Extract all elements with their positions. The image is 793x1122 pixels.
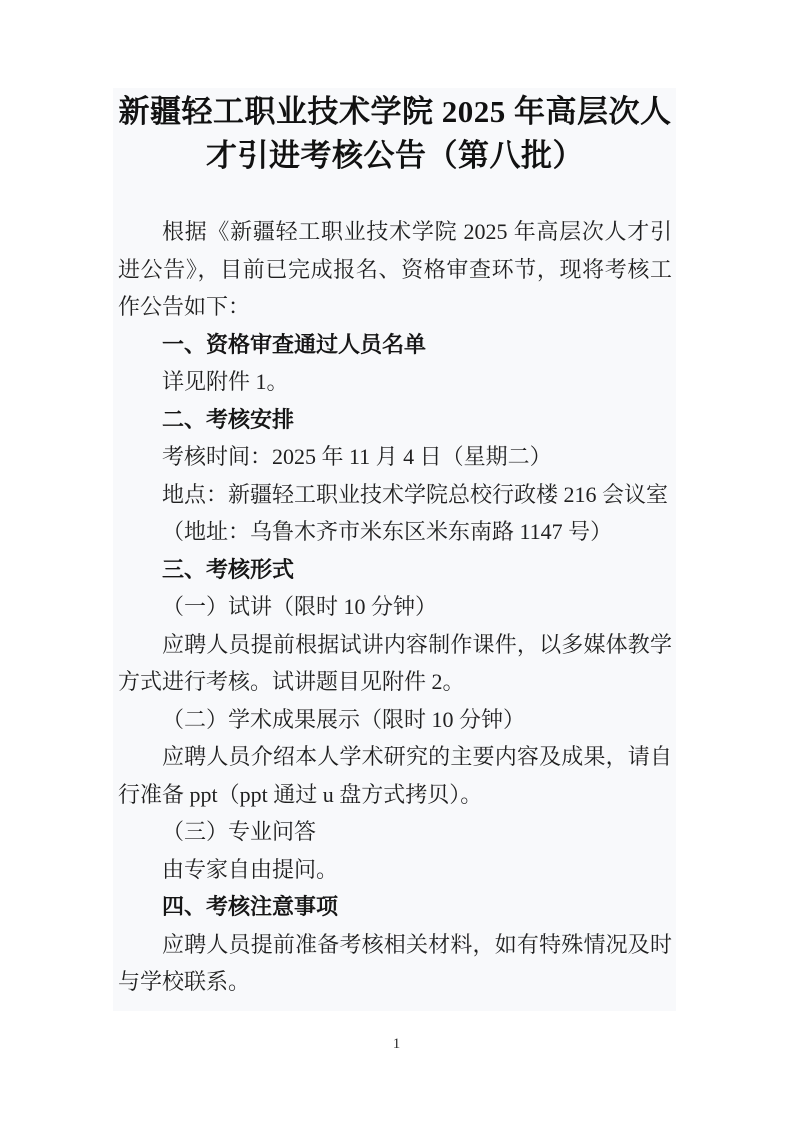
body-paragraph: 地点：新疆轻工职业技术学院总校行政楼 216 会议室	[118, 476, 672, 514]
body-paragraph: （一）试讲（限时 10 分钟）	[118, 588, 672, 626]
body-paragraph: （二）学术成果展示（限时 10 分钟）	[118, 701, 672, 739]
document-page: 新疆轻工职业技术学院 2025 年高层次人才引进考核公告（第八批） 根据《新疆轻…	[0, 0, 793, 1122]
body-paragraph: （地址：乌鲁木齐市米东区米东南路 1147 号）	[118, 513, 672, 551]
body-paragraph: 详见附件 1。	[118, 363, 672, 401]
document-content-column: 新疆轻工职业技术学院 2025 年高层次人才引进考核公告（第八批） 根据《新疆轻…	[113, 88, 676, 1011]
body-paragraph: 考核时间：2025 年 11 月 4 日（星期二）	[118, 438, 672, 476]
body-paragraph: 由专家自由提问。	[118, 851, 672, 889]
section-heading: 三、考核形式	[118, 551, 672, 589]
section-heading: 二、考核安排	[118, 401, 672, 439]
page-number: 1	[0, 1036, 793, 1053]
body-paragraph: （三）专业问答	[118, 813, 672, 851]
document-body: 根据《新疆轻工职业技术学院 2025 年高层次人才引进公告》，目前已完成报名、资…	[118, 213, 672, 1001]
body-paragraph: 根据《新疆轻工职业技术学院 2025 年高层次人才引进公告》，目前已完成报名、资…	[118, 213, 672, 326]
body-paragraph: 应聘人员提前准备考核相关材料，如有特殊情况及时与学校联系。	[118, 926, 672, 1001]
body-paragraph: 应聘人员介绍本人学术研究的主要内容及成果，请自行准备 ppt（ppt 通过 u …	[118, 738, 672, 813]
section-heading: 一、资格审查通过人员名单	[118, 326, 672, 364]
document-title: 新疆轻工职业技术学院 2025 年高层次人才引进考核公告（第八批）	[118, 90, 672, 178]
body-paragraph: 应聘人员提前根据试讲内容制作课件，以多媒体教学方式进行考核。试讲题目见附件 2。	[118, 626, 672, 701]
section-heading: 四、考核注意事项	[118, 888, 672, 926]
